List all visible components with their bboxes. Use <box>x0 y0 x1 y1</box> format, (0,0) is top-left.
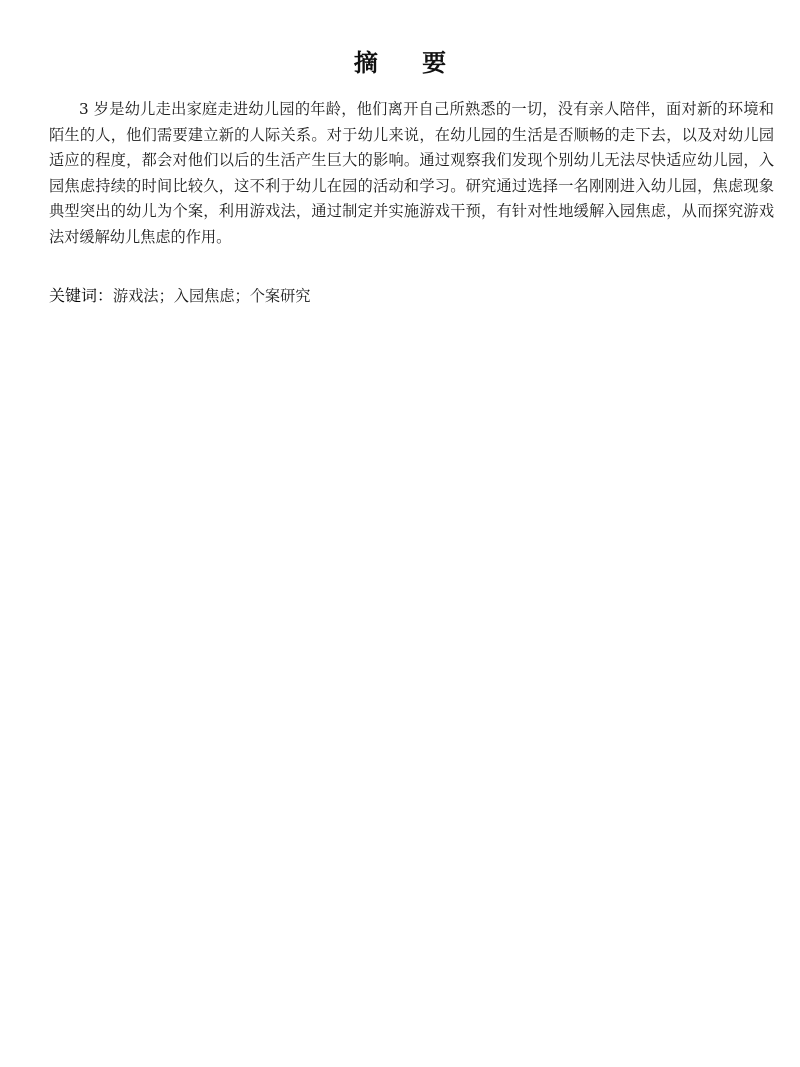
keywords-values: 游戏法；入园焦虑；个案研究 <box>113 287 310 305</box>
title-text: 摘 要 <box>354 49 464 77</box>
keywords-label: 关键词： <box>49 286 113 305</box>
document-page: 摘 要 3 岁是幼儿走出家庭走进幼儿园的年龄，他们离开自己所熟悉的一切，没有亲人… <box>0 0 800 1067</box>
abstract-paragraph: 3 岁是幼儿走出家庭走进幼儿园的年龄，他们离开自己所熟悉的一切，没有亲人陪伴，面… <box>49 97 774 250</box>
page-title: 摘 要 <box>0 46 800 80</box>
keywords-line: 关键词：游戏法；入园焦虑；个案研究 <box>49 285 310 308</box>
